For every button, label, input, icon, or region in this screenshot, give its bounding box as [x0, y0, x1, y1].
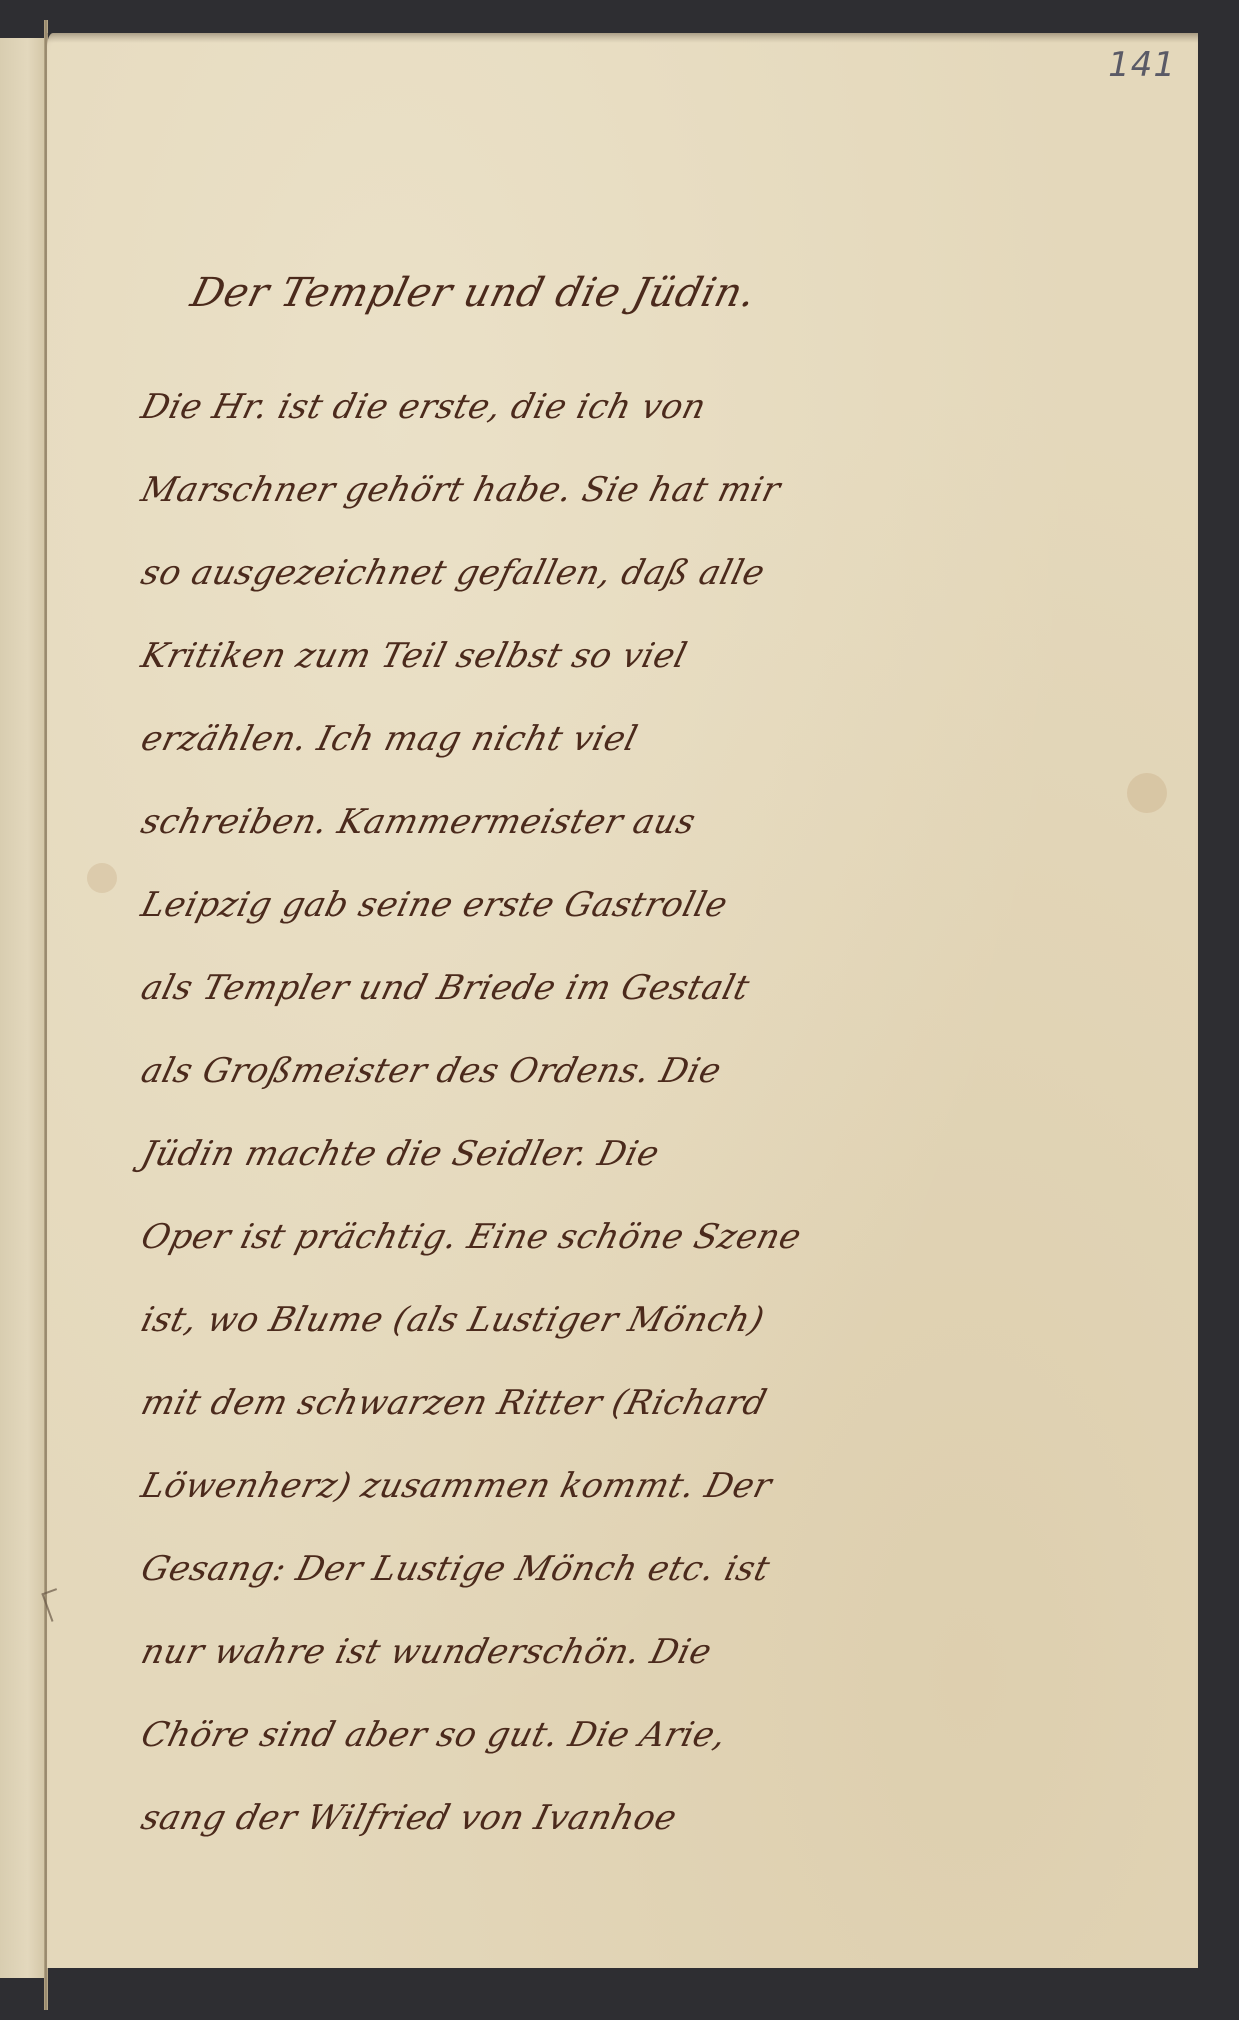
manuscript-line: Löwenherz) zusammen kommt. Der — [132, 1445, 1163, 1528]
manuscript-line: so ausgezeichnet gefallen, daß alle — [132, 532, 1163, 615]
manuscript-line: Leipzig gab seine erste Gastrolle — [132, 864, 1163, 947]
facing-page-edge — [0, 38, 46, 1978]
paper-stain — [87, 863, 117, 893]
manuscript-line: Die Hr. ist die erste, die ich von — [132, 366, 1163, 449]
manuscript-line: nur wahre ist wunderschön. Die — [132, 1611, 1163, 1694]
manuscript-line: als Großmeister des Ordens. Die — [132, 1030, 1163, 1113]
manuscript-line: als Templer und Briede im Gestalt — [132, 947, 1163, 1030]
manuscript-line: Jüdin machte die Seidler. Die — [132, 1113, 1163, 1196]
folio-number: 141 — [1108, 45, 1176, 85]
manuscript-line: schreiben. Kammermeister aus — [132, 781, 1163, 864]
manuscript-line: Kritiken zum Teil selbst so viel — [132, 615, 1163, 698]
handwritten-text: Der Templer und die Jüdin. Die Hr. ist d… — [142, 238, 1152, 1860]
manuscript-line: Marschner gehört habe. Sie hat mir — [132, 449, 1163, 532]
manuscript-title: Der Templer und die Jüdin. — [128, 238, 1165, 348]
manuscript-line: Chöre sind aber so gut. Die Arie, — [132, 1694, 1163, 1777]
manuscript-line: Gesang: Der Lustige Mönch etc. ist — [132, 1528, 1163, 1611]
manuscript-line: mit dem schwarzen Ritter (Richard — [132, 1362, 1163, 1445]
manuscript-line: erzählen. Ich mag nicht viel — [132, 698, 1163, 781]
manuscript-page: 141 Der Templer und die Jüdin. Die Hr. i… — [47, 33, 1198, 1968]
manuscript-line: sang der Wilfried von Ivanhoe — [132, 1777, 1163, 1860]
manuscript-line: ist, wo Blume (als Lustiger Mönch) — [132, 1279, 1163, 1362]
manuscript-line: Oper ist prächtig. Eine schöne Szene — [132, 1196, 1163, 1279]
